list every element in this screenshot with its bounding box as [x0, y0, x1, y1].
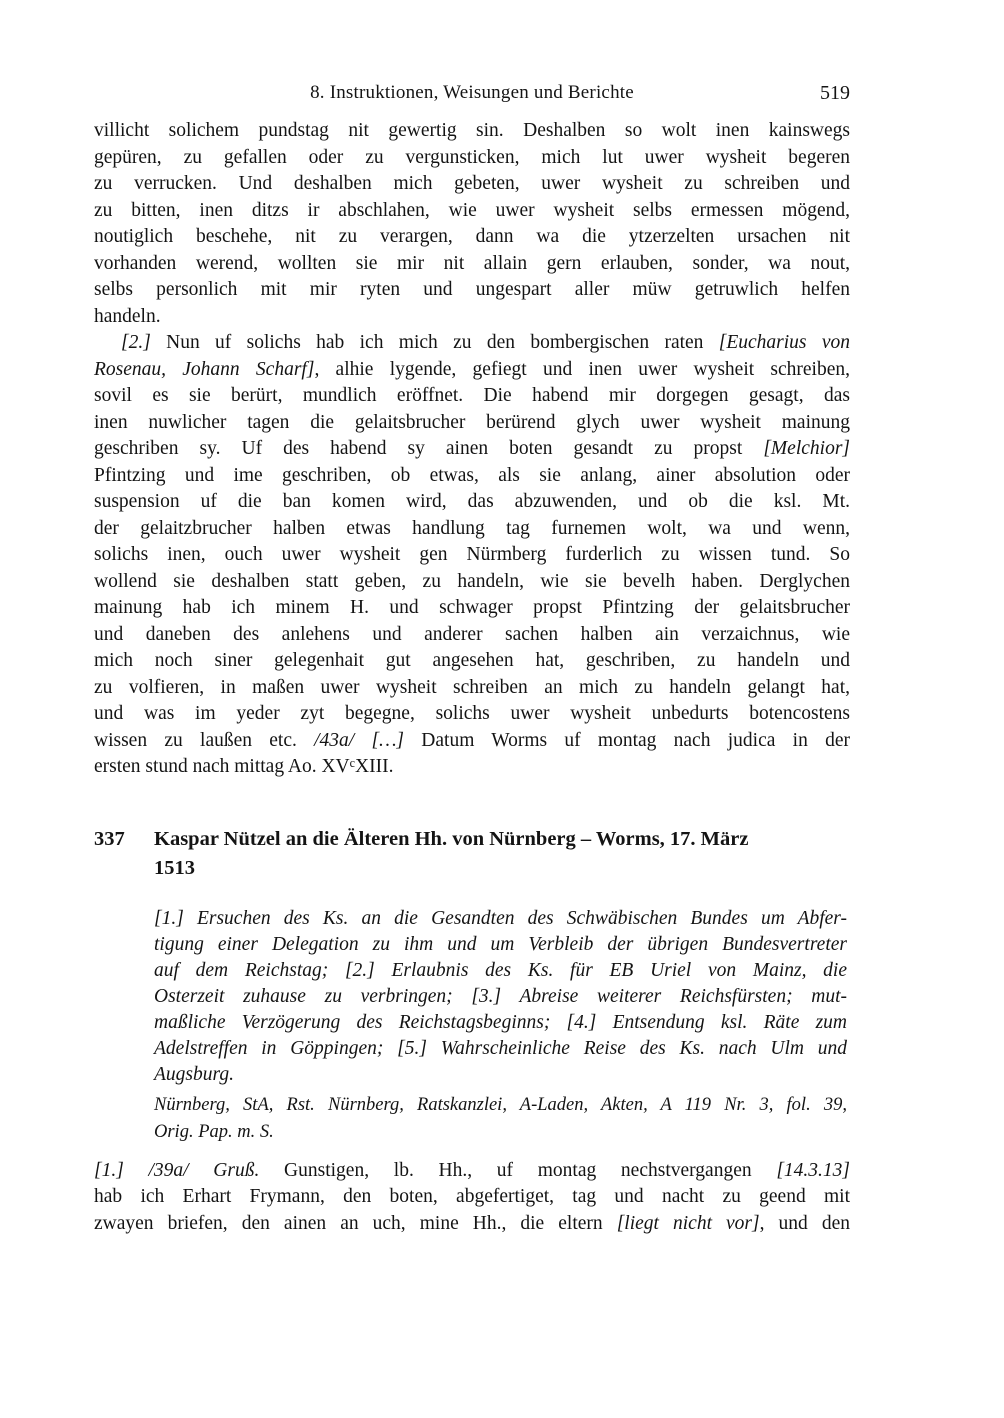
- heading-line: 1513: [154, 854, 850, 883]
- text-run: und was im yeder zyt begegne, solichs uw…: [94, 703, 850, 724]
- text-line: sovil es sie berürt, mundlich eröffnet. …: [94, 383, 850, 410]
- text-line: und daneben des anlehens und anderer sac…: [94, 622, 850, 649]
- text-line: inen nuwlicher tagen die gelaitsbrucher …: [94, 410, 850, 437]
- text-line: [2.] Nun uf solichs hab ich mich zu den …: [94, 330, 850, 357]
- text-run: vorhanden werend, wollten sie mir nit al…: [94, 253, 850, 274]
- text-line: wollend sie deshalben statt geben, zu ha…: [94, 569, 850, 596]
- running-header-title: 8. Instruktionen, Weisungen und Berichte: [94, 82, 850, 104]
- italic-text-run: [liegt nicht vor]: [617, 1213, 760, 1234]
- text-line: Nürnberg, StA, Rst. Nürnberg, Ratskanzle…: [154, 1092, 847, 1119]
- text-line: solichs inen, ouch uwer wysheit gen Nürm…: [94, 542, 850, 569]
- text-run: zwayen briefen, den ainen an uch, mine H…: [94, 1213, 617, 1234]
- superscript-run: c: [350, 756, 355, 770]
- text-line: [1.] /39a/ Gruß. Gunstigen, lb. Hh., uf …: [94, 1158, 850, 1185]
- text-line: gepüren, zu gefallen oder zu vergunstick…: [94, 145, 850, 172]
- heading-line: Kaspar Nützel an die Älteren Hh. von Nür…: [154, 825, 850, 854]
- text-run: wissen zu laußen etc.: [94, 730, 314, 751]
- text-run: noutiglich beschehe, nit zu verargen, da…: [94, 226, 850, 247]
- text-run: auf dem Reichstag; [2.] Erlaubnis des Ks…: [154, 960, 847, 981]
- text-run: Osterzeit zuhause zu verbringen; [3.] Ab…: [154, 986, 847, 1007]
- text-line: auf dem Reichstag; [2.] Erlaubnis des Ks…: [154, 958, 847, 984]
- italic-text-run: Rosenau, Johann Scharf]: [94, 359, 314, 380]
- italic-text-run: [2.]: [121, 332, 151, 353]
- text-line: vorhanden werend, wollten sie mir nit al…: [94, 251, 850, 278]
- text-line: geschriben sy. Uf des habend sy ainen bo…: [94, 436, 850, 463]
- text-line: [1.] Ersuchen des Ks. an die Gesandten d…: [154, 906, 847, 932]
- text-line: suspension uf die ban komen wird, das ab…: [94, 489, 850, 516]
- text-run: der gelaitzbrucher halben etwas handlung…: [94, 518, 850, 539]
- entry-number: 337: [94, 825, 154, 883]
- text-run: Nun uf solichs hab ich mich zu den bombe…: [151, 332, 719, 353]
- entry-source: Nürnberg, StA, Rst. Nürnberg, Ratskanzle…: [154, 1092, 847, 1146]
- text-run: handeln.: [94, 306, 161, 327]
- text-run: villicht solichem pundstag nit gewertig …: [94, 120, 850, 141]
- text-run: gepüren, zu gefallen oder zu vergunstick…: [94, 147, 850, 168]
- text-run: Pfintzing und ime geschriben, ob etwas, …: [94, 465, 850, 486]
- text-run: sovil es sie berürt, mundlich eröffnet. …: [94, 385, 850, 406]
- text-run: Gunstigen, lb. Hh., uf montag nechstverg…: [259, 1160, 776, 1181]
- text-run: selbs personlich mit mir ryten und unges…: [94, 279, 850, 300]
- text-run: ersten stund nach mittag Ao. XV: [94, 756, 350, 777]
- text-line: der gelaitzbrucher halben etwas handlung…: [94, 516, 850, 543]
- book-page: 8. Instruktionen, Weisungen und Berichte…: [0, 0, 1004, 1418]
- text-line: Osterzeit zuhause zu verbringen; [3.] Ab…: [154, 984, 847, 1010]
- text-run: tigung einer Delegation zu ihm und um Ve…: [154, 934, 847, 955]
- text-line: ersten stund nach mittag Ao. XVcXIII.: [94, 754, 850, 781]
- text-run: maßliche Verzögerung des Reichstagsbegin…: [154, 1012, 847, 1033]
- text-run: Orig. Pap. m. S.: [154, 1122, 274, 1142]
- text-run: geschriben sy. Uf des habend sy ainen bo…: [94, 438, 763, 459]
- report-paragraph-1: villicht solichem pundstag nit gewertig …: [94, 118, 850, 330]
- entry-heading-337: 337Kaspar Nützel an die Älteren Hh. von …: [94, 825, 850, 883]
- italic-text-run: [14.3.13]: [776, 1160, 850, 1181]
- text-run: zu volfieren, in maßen uwer wysheit schr…: [94, 677, 850, 698]
- text-line: wissen zu laußen etc. /43a/ […] Datum Wo…: [94, 728, 850, 755]
- report-paragraph-2: [2.] Nun uf solichs hab ich mich zu den …: [94, 330, 850, 781]
- text-run: suspension uf die ban komen wird, das ab…: [94, 491, 850, 512]
- italic-text-run: [1.] /39a/ Gruß.: [94, 1160, 259, 1181]
- text-run: hab ich Erhart Frymann, den boten, abgef…: [94, 1186, 850, 1207]
- text-line: Adelstreffen in Göppingen; [5.] Wahrsche…: [154, 1036, 847, 1062]
- text-line: noutiglich beschehe, nit zu verargen, da…: [94, 224, 850, 251]
- text-run: Nürnberg, StA, Rst. Nürnberg, Ratskanzle…: [154, 1095, 847, 1115]
- text-line: handeln.: [94, 304, 850, 331]
- text-run: zu verrucken. Und deshalben mich gebeten…: [94, 173, 850, 194]
- text-run: wollend sie deshalben statt geben, zu ha…: [94, 571, 850, 592]
- entry-summary: [1.] Ersuchen des Ks. an die Gesandten d…: [154, 906, 847, 1088]
- text-line: mainung hab ich minem H. und schwager pr…: [94, 595, 850, 622]
- text-line: Augsburg.: [154, 1062, 847, 1088]
- text-line: tigung einer Delegation zu ihm und um Ve…: [154, 932, 847, 958]
- running-header: 8. Instruktionen, Weisungen und Berichte…: [94, 82, 850, 106]
- text-line: villicht solichem pundstag nit gewertig …: [94, 118, 850, 145]
- letter-paragraph-1: [1.] /39a/ Gruß. Gunstigen, lb. Hh., uf …: [94, 1158, 850, 1238]
- text-run: mainung hab ich minem H. und schwager pr…: [94, 597, 850, 618]
- text-run: , alhie lygende, gefiegt und inen uwer w…: [314, 359, 850, 380]
- text-run: solichs inen, ouch uwer wysheit gen Nürm…: [94, 544, 850, 565]
- text-run: Adelstreffen in Göppingen; [5.] Wahrsche…: [154, 1038, 847, 1059]
- text-line: hab ich Erhart Frymann, den boten, abgef…: [94, 1184, 850, 1211]
- text-run: und daneben des anlehens und anderer sac…: [94, 624, 850, 645]
- text-line: zu bitten, inen ditzs ir abschlahen, wie…: [94, 198, 850, 225]
- text-run: , und den: [760, 1213, 850, 1234]
- text-line: zu verrucken. Und deshalben mich gebeten…: [94, 171, 850, 198]
- text-line: Rosenau, Johann Scharf], alhie lygende, …: [94, 357, 850, 384]
- text-run: Augsburg.: [154, 1064, 234, 1085]
- text-run: inen nuwlicher tagen die gelaitsbrucher …: [94, 412, 850, 433]
- text-line: maßliche Verzögerung des Reichstagsbegin…: [154, 1010, 847, 1036]
- text-run: Datum Worms uf montag nach judica in der: [404, 730, 850, 751]
- italic-text-run: [Eucharius von: [719, 332, 850, 353]
- italic-text-run: /43a/ […]: [314, 730, 404, 751]
- text-run: XIII.: [355, 756, 393, 777]
- text-run: [1.] Ersuchen des Ks. an die Gesandten d…: [154, 908, 847, 929]
- text-run: zu bitten, inen ditzs ir abschlahen, wie…: [94, 200, 850, 221]
- text-line: und was im yeder zyt begegne, solichs uw…: [94, 701, 850, 728]
- entry-title: Kaspar Nützel an die Älteren Hh. von Nür…: [154, 825, 850, 883]
- text-line: mich noch siner gelegenhait gut angesehe…: [94, 648, 850, 675]
- page-content: villicht solichem pundstag nit gewertig …: [94, 118, 850, 1237]
- text-line: zu volfieren, in maßen uwer wysheit schr…: [94, 675, 850, 702]
- text-run: mich noch siner gelegenhait gut angesehe…: [94, 650, 850, 671]
- text-line: zwayen briefen, den ainen an uch, mine H…: [94, 1211, 850, 1238]
- italic-text-run: [Melchior]: [763, 438, 850, 459]
- text-line: Orig. Pap. m. S.: [154, 1119, 847, 1146]
- text-line: selbs personlich mit mir ryten und unges…: [94, 277, 850, 304]
- text-line: Pfintzing und ime geschriben, ob etwas, …: [94, 463, 850, 490]
- page-number: 519: [820, 82, 850, 105]
